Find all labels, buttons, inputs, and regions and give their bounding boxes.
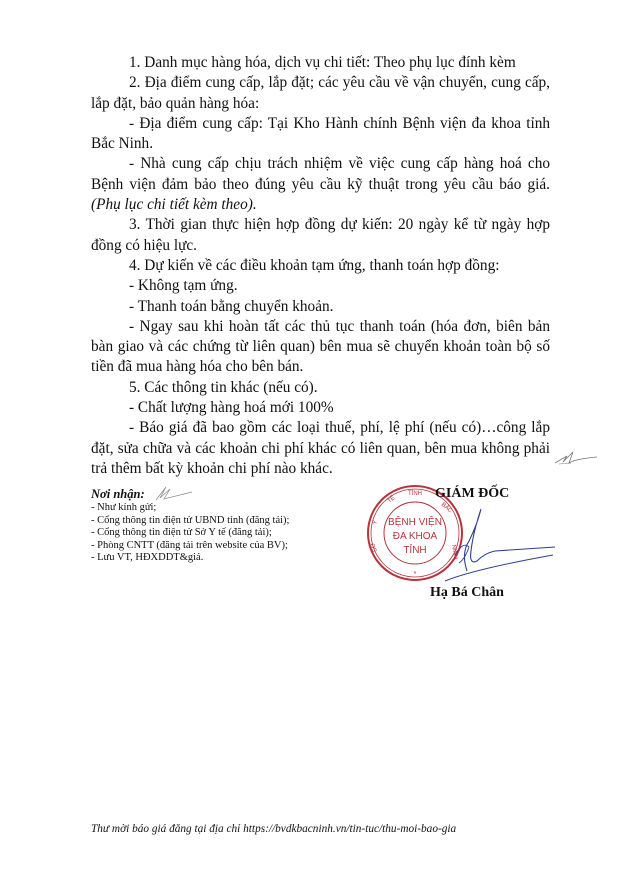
- item-5: 5. Các thông tin khác (nếu có).: [91, 378, 550, 398]
- item-5-quality: - Chất lượng hàng hoá mới 100%: [91, 398, 550, 418]
- recipients-initial-icon: [154, 484, 194, 502]
- director-signature-icon: [415, 503, 555, 583]
- document-body: 1. Danh mục hàng hóa, dịch vụ chi tiết: …: [91, 53, 550, 479]
- item-2-location: - Địa điểm cung cấp: Tại Kho Hành chính …: [91, 114, 550, 155]
- item-5-price: - Báo giá đã bao gồm các loại thuế, phí,…: [91, 418, 550, 479]
- signer-title: GIÁM ĐỐC: [435, 486, 509, 502]
- item-4-payment: - Ngay sau khi hoàn tất các thủ tục than…: [91, 317, 550, 378]
- item-4: 4. Dự kiến về các điều khoản tạm ứng, th…: [91, 256, 550, 276]
- item-2-responsibility-text: - Nhà cung cấp chịu trách nhiệm về việc …: [91, 155, 550, 192]
- recipient-item: - Cổng thông tin điện tử UBND tỉnh (đăng…: [91, 515, 289, 528]
- item-2: 2. Địa điểm cung cấp, lắp đặt; các yêu c…: [91, 73, 550, 114]
- recipient-item: - Phòng CNTT (đăng tải trên website của …: [91, 540, 289, 553]
- recipient-item: - Lưu VT, HĐXDDT&giá.: [91, 552, 289, 565]
- item-4-transfer: - Thanh toán bằng chuyển khoản.: [91, 297, 550, 317]
- svg-text:TỈNH: TỈNH: [408, 490, 422, 497]
- item-2-responsibility: - Nhà cung cấp chịu trách nhiệm về việc …: [91, 154, 550, 215]
- signer-name: Hạ Bá Chân: [430, 585, 504, 601]
- item-4-no-advance: - Không tạm ứng.: [91, 276, 550, 296]
- item-1: 1. Danh mục hàng hóa, dịch vụ chi tiết: …: [91, 53, 550, 73]
- item-3: 3. Thời gian thực hiện hợp đồng dự kiến:…: [91, 215, 550, 256]
- svg-text:Y: Y: [372, 520, 379, 526]
- initial-mark-icon: [553, 447, 598, 467]
- footer-note: Thư mời báo giá đăng tại địa chỉ https:/…: [91, 823, 456, 835]
- document-page: 1. Danh mục hàng hóa, dịch vụ chi tiết: …: [0, 0, 633, 892]
- appendix-note: (Phụ lục chi tiết kèm theo).: [91, 196, 257, 213]
- recipient-item: - Như kính gửi;: [91, 502, 289, 515]
- recipient-item: - Cổng thông tin điện tử Sở Y tế (đăng t…: [91, 527, 289, 540]
- svg-text:TẾ: TẾ: [386, 495, 396, 505]
